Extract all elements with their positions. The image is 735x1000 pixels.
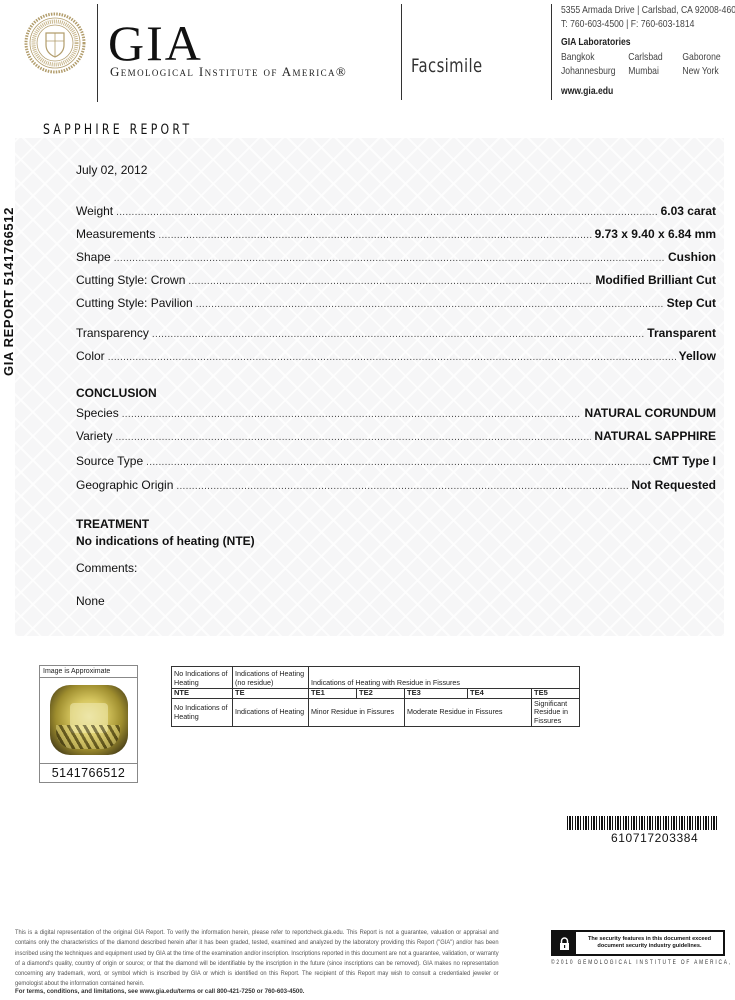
phone-line: T: 760-603-4500 | F: 760-603-1814 xyxy=(561,17,735,31)
image-caption: Image is Approximate xyxy=(40,666,137,678)
conclusion-label: Variety xyxy=(76,429,112,443)
property-label: Measurements xyxy=(76,227,155,241)
treatment-scale-table: No Indications of Heating Indications of… xyxy=(171,666,580,727)
leader-dots xyxy=(116,207,657,218)
lab-city: Mumbai xyxy=(628,64,682,78)
conclusion-row-source-type: Source TypeCMT Type I xyxy=(76,454,716,469)
gem-image xyxy=(50,685,128,755)
gia-logo-subtitle: Gemological Institute of America® xyxy=(110,64,347,80)
barcode-number: 610717203384 xyxy=(611,831,698,845)
side-report-number: GIA REPORT 5141766512 xyxy=(1,207,16,376)
image-report-number: 5141766512 xyxy=(40,763,137,782)
website-link[interactable]: www.gia.edu xyxy=(561,84,735,98)
property-label: Transparency xyxy=(76,326,149,340)
table-cell: Indications of Heating xyxy=(233,699,309,727)
table-cell: No Indications of Heating xyxy=(172,667,233,689)
table-cell: Indications of Heating (no residue) xyxy=(233,667,309,689)
property-label: Cutting Style: Pavilion xyxy=(76,296,193,310)
table-row: No Indications of Heating Indications of… xyxy=(172,699,580,727)
table-cell: Significant Residue in Fissures xyxy=(532,699,580,727)
comments-label: Comments: xyxy=(76,561,137,575)
conclusion-row-variety: VarietyNATURAL SAPPHIRE xyxy=(76,429,716,444)
copyright-text: ©2010 GEMOLOGICAL INSTITUTE OF AMERICA, … xyxy=(551,960,692,966)
leader-dots xyxy=(188,276,592,287)
property-row-measurements: Measurements9.73 x 9.40 x 6.84 mm xyxy=(76,227,716,242)
property-value: Yellow xyxy=(679,349,716,363)
table-cell: TE4 xyxy=(468,689,532,699)
table-row: No Indications of Heating Indications of… xyxy=(172,667,580,689)
table-cell: TE2 xyxy=(357,689,405,699)
gia-logo-text: GIA xyxy=(108,18,203,68)
leader-dots xyxy=(158,230,591,241)
property-label: Shape xyxy=(76,250,111,264)
leader-dots xyxy=(114,253,665,264)
conclusion-label: Species xyxy=(76,406,119,420)
table-cell: TE1 xyxy=(309,689,357,699)
lab-city: New York xyxy=(682,64,735,78)
table-cell: TE3 xyxy=(405,689,468,699)
conclusion-row-species: SpeciesNATURAL CORUNDUM xyxy=(76,406,716,421)
leader-dots xyxy=(196,299,664,310)
property-value: Modified Brilliant Cut xyxy=(595,273,716,287)
barcode xyxy=(567,816,717,830)
property-value: 6.03 carat xyxy=(661,204,716,218)
lab-city: Johannesburg xyxy=(561,64,628,78)
table-cell: TE5 xyxy=(532,689,580,699)
report-title: SAPPHIRE REPORT xyxy=(43,122,192,138)
treatment-value: No indications of heating (NTE) xyxy=(76,534,255,548)
comments-value: None xyxy=(76,594,105,608)
disclaimer-text: This is a digital representation of the … xyxy=(15,928,499,990)
conclusion-value: NATURAL SAPPHIRE xyxy=(594,429,716,443)
contact-block: 5355 Armada Drive | Carlsbad, CA 92008-4… xyxy=(561,3,735,98)
security-notice: The security features in this document e… xyxy=(551,930,725,956)
property-label: Color xyxy=(76,349,105,363)
labs-list: Bangkok Carlsbad Gaborone Johannesburg M… xyxy=(561,50,735,78)
leader-dots xyxy=(146,457,650,468)
table-cell: TE xyxy=(233,689,309,699)
gem-image-box: Image is Approximate 5141766512 xyxy=(39,665,138,783)
property-row-crown: Cutting Style: CrownModified Brilliant C… xyxy=(76,273,716,288)
treatment-heading: TREATMENT xyxy=(76,517,149,531)
table-cell: No Indications of Heating xyxy=(172,699,233,727)
property-row-pavilion: Cutting Style: PavilionStep Cut xyxy=(76,296,716,311)
leader-dots xyxy=(122,409,582,420)
property-row-weight: Weight6.03 carat xyxy=(76,204,716,219)
lock-icon xyxy=(553,932,576,954)
property-label: Cutting Style: Crown xyxy=(76,273,185,287)
table-cell: Indications of Heating with Residue in F… xyxy=(309,667,580,689)
property-value: Cushion xyxy=(668,250,716,264)
conclusion-label: Geographic Origin xyxy=(76,478,173,492)
lab-city: Carlsbad xyxy=(628,50,682,64)
security-message: The security features in this document e… xyxy=(576,932,723,954)
leader-dots xyxy=(176,481,628,492)
conclusion-row-origin: Geographic OriginNot Requested xyxy=(76,478,716,493)
property-row-color: ColorYellow xyxy=(76,349,716,364)
address-line: 5355 Armada Drive | Carlsbad, CA 92008-4… xyxy=(561,3,735,17)
conclusion-label: Source Type xyxy=(76,454,143,468)
labs-title: GIA Laboratories xyxy=(561,35,735,49)
leader-dots xyxy=(115,432,591,443)
terms-text: For terms, conditions, and limitations, … xyxy=(15,988,304,995)
property-value: Step Cut xyxy=(667,296,716,310)
leader-dots xyxy=(108,352,676,363)
table-cell: Moderate Residue in Fissures xyxy=(405,699,532,727)
conclusion-heading: CONCLUSION xyxy=(76,386,157,400)
table-cell: NTE xyxy=(172,689,233,699)
header-divider xyxy=(401,4,402,100)
property-row-shape: ShapeCushion xyxy=(76,250,716,265)
table-cell: Minor Residue in Fissures xyxy=(309,699,405,727)
report-date: July 02, 2012 xyxy=(76,163,147,177)
lab-city: Bangkok xyxy=(561,50,628,64)
property-value: 9.73 x 9.40 x 6.84 mm xyxy=(595,227,716,241)
conclusion-value: NATURAL CORUNDUM xyxy=(584,406,716,420)
property-label: Weight xyxy=(76,204,113,218)
gia-seal-logo xyxy=(24,12,86,74)
conclusion-value: Not Requested xyxy=(631,478,716,492)
header-divider xyxy=(97,4,98,102)
lab-city: Gaborone xyxy=(682,50,735,64)
conclusion-value: CMT Type I xyxy=(653,454,716,468)
leader-dots xyxy=(152,329,644,340)
table-row: NTE TE TE1 TE2 TE3 TE4 TE5 xyxy=(172,689,580,699)
facsimile-label: Facsimile xyxy=(411,55,483,77)
header-divider xyxy=(551,4,552,100)
property-row-transparency: TransparencyTransparent xyxy=(76,326,716,341)
property-value: Transparent xyxy=(647,326,716,340)
